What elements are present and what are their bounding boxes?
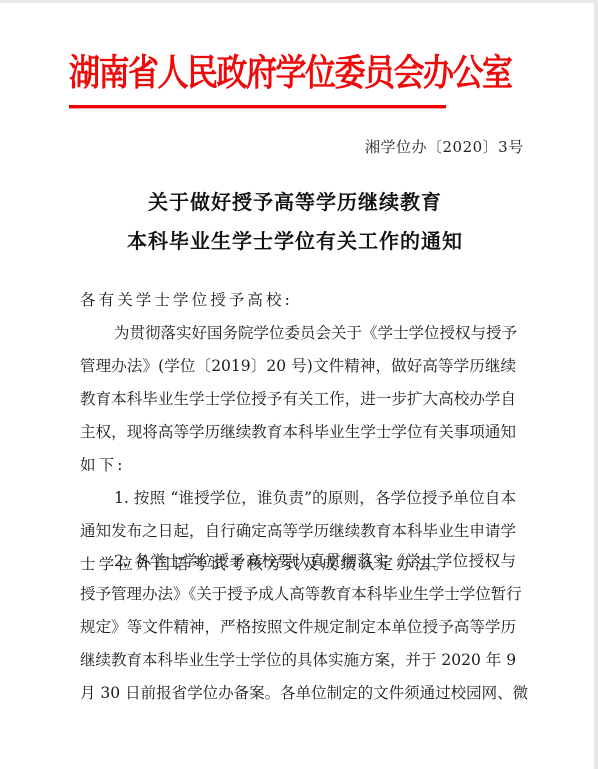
body-line: 授予管理办法》《关于授予成人高等教育本科毕业生学士学位暂行: [80, 584, 516, 604]
body-line: 通知发布之日起，自行确定高等学历继续教育本科毕业生申请学: [80, 521, 516, 541]
document-page: 湖南省人民政府学位委员会办公室 湘学位办〔2020〕3号 关于做好授予高等学历继…: [0, 3, 594, 769]
body-line: 教育本科毕业生学士学位授予有关工作，进一步扩大高校办学自: [80, 389, 516, 409]
masthead-title: 湖南省人民政府学位委员会办公室: [69, 40, 447, 106]
body-line: 主权，现将高等学历继续教育本科毕业生学士学位有关事项通知: [80, 422, 516, 442]
body-line: 月 30 日前报省学位办备案。各单位制定的文件须通过校园网、微: [80, 683, 516, 703]
document-title-line-1: 关于做好授予高等学历继续教育: [0, 186, 594, 215]
body-line: 如下:: [80, 455, 516, 475]
body-line: 继续教育本科毕业生学士学位的具体实施方案，并于 2020 年 9: [80, 650, 516, 670]
document-number: 湘学位办〔2020〕3号: [365, 136, 524, 157]
body-line: 为贯彻落实好国务院学位委员会关于《学士学位授权与授予: [114, 323, 516, 343]
viewer-right-edge: [594, 3, 598, 769]
body-line: 1. 按照 “谁授学位，谁负责”的原则，各学位授予单位自本: [114, 488, 516, 508]
salutation: 各有关学士学位授予高校:: [80, 290, 516, 310]
body-line: 规定》等文件精神，严格按照文件规定制定本单位授予高等学历: [80, 617, 516, 637]
document-title-line-2: 本科毕业生学士学位有关工作的通知: [0, 225, 594, 254]
masthead-red-rule: [69, 105, 446, 108]
body-line: 管理办法》(学位〔2019〕20 号)文件精神，做好高等学历继续: [80, 356, 516, 376]
body-line: 2. 各学士学位授予高校要认真贯彻落实《学士学位授权与: [114, 551, 516, 571]
